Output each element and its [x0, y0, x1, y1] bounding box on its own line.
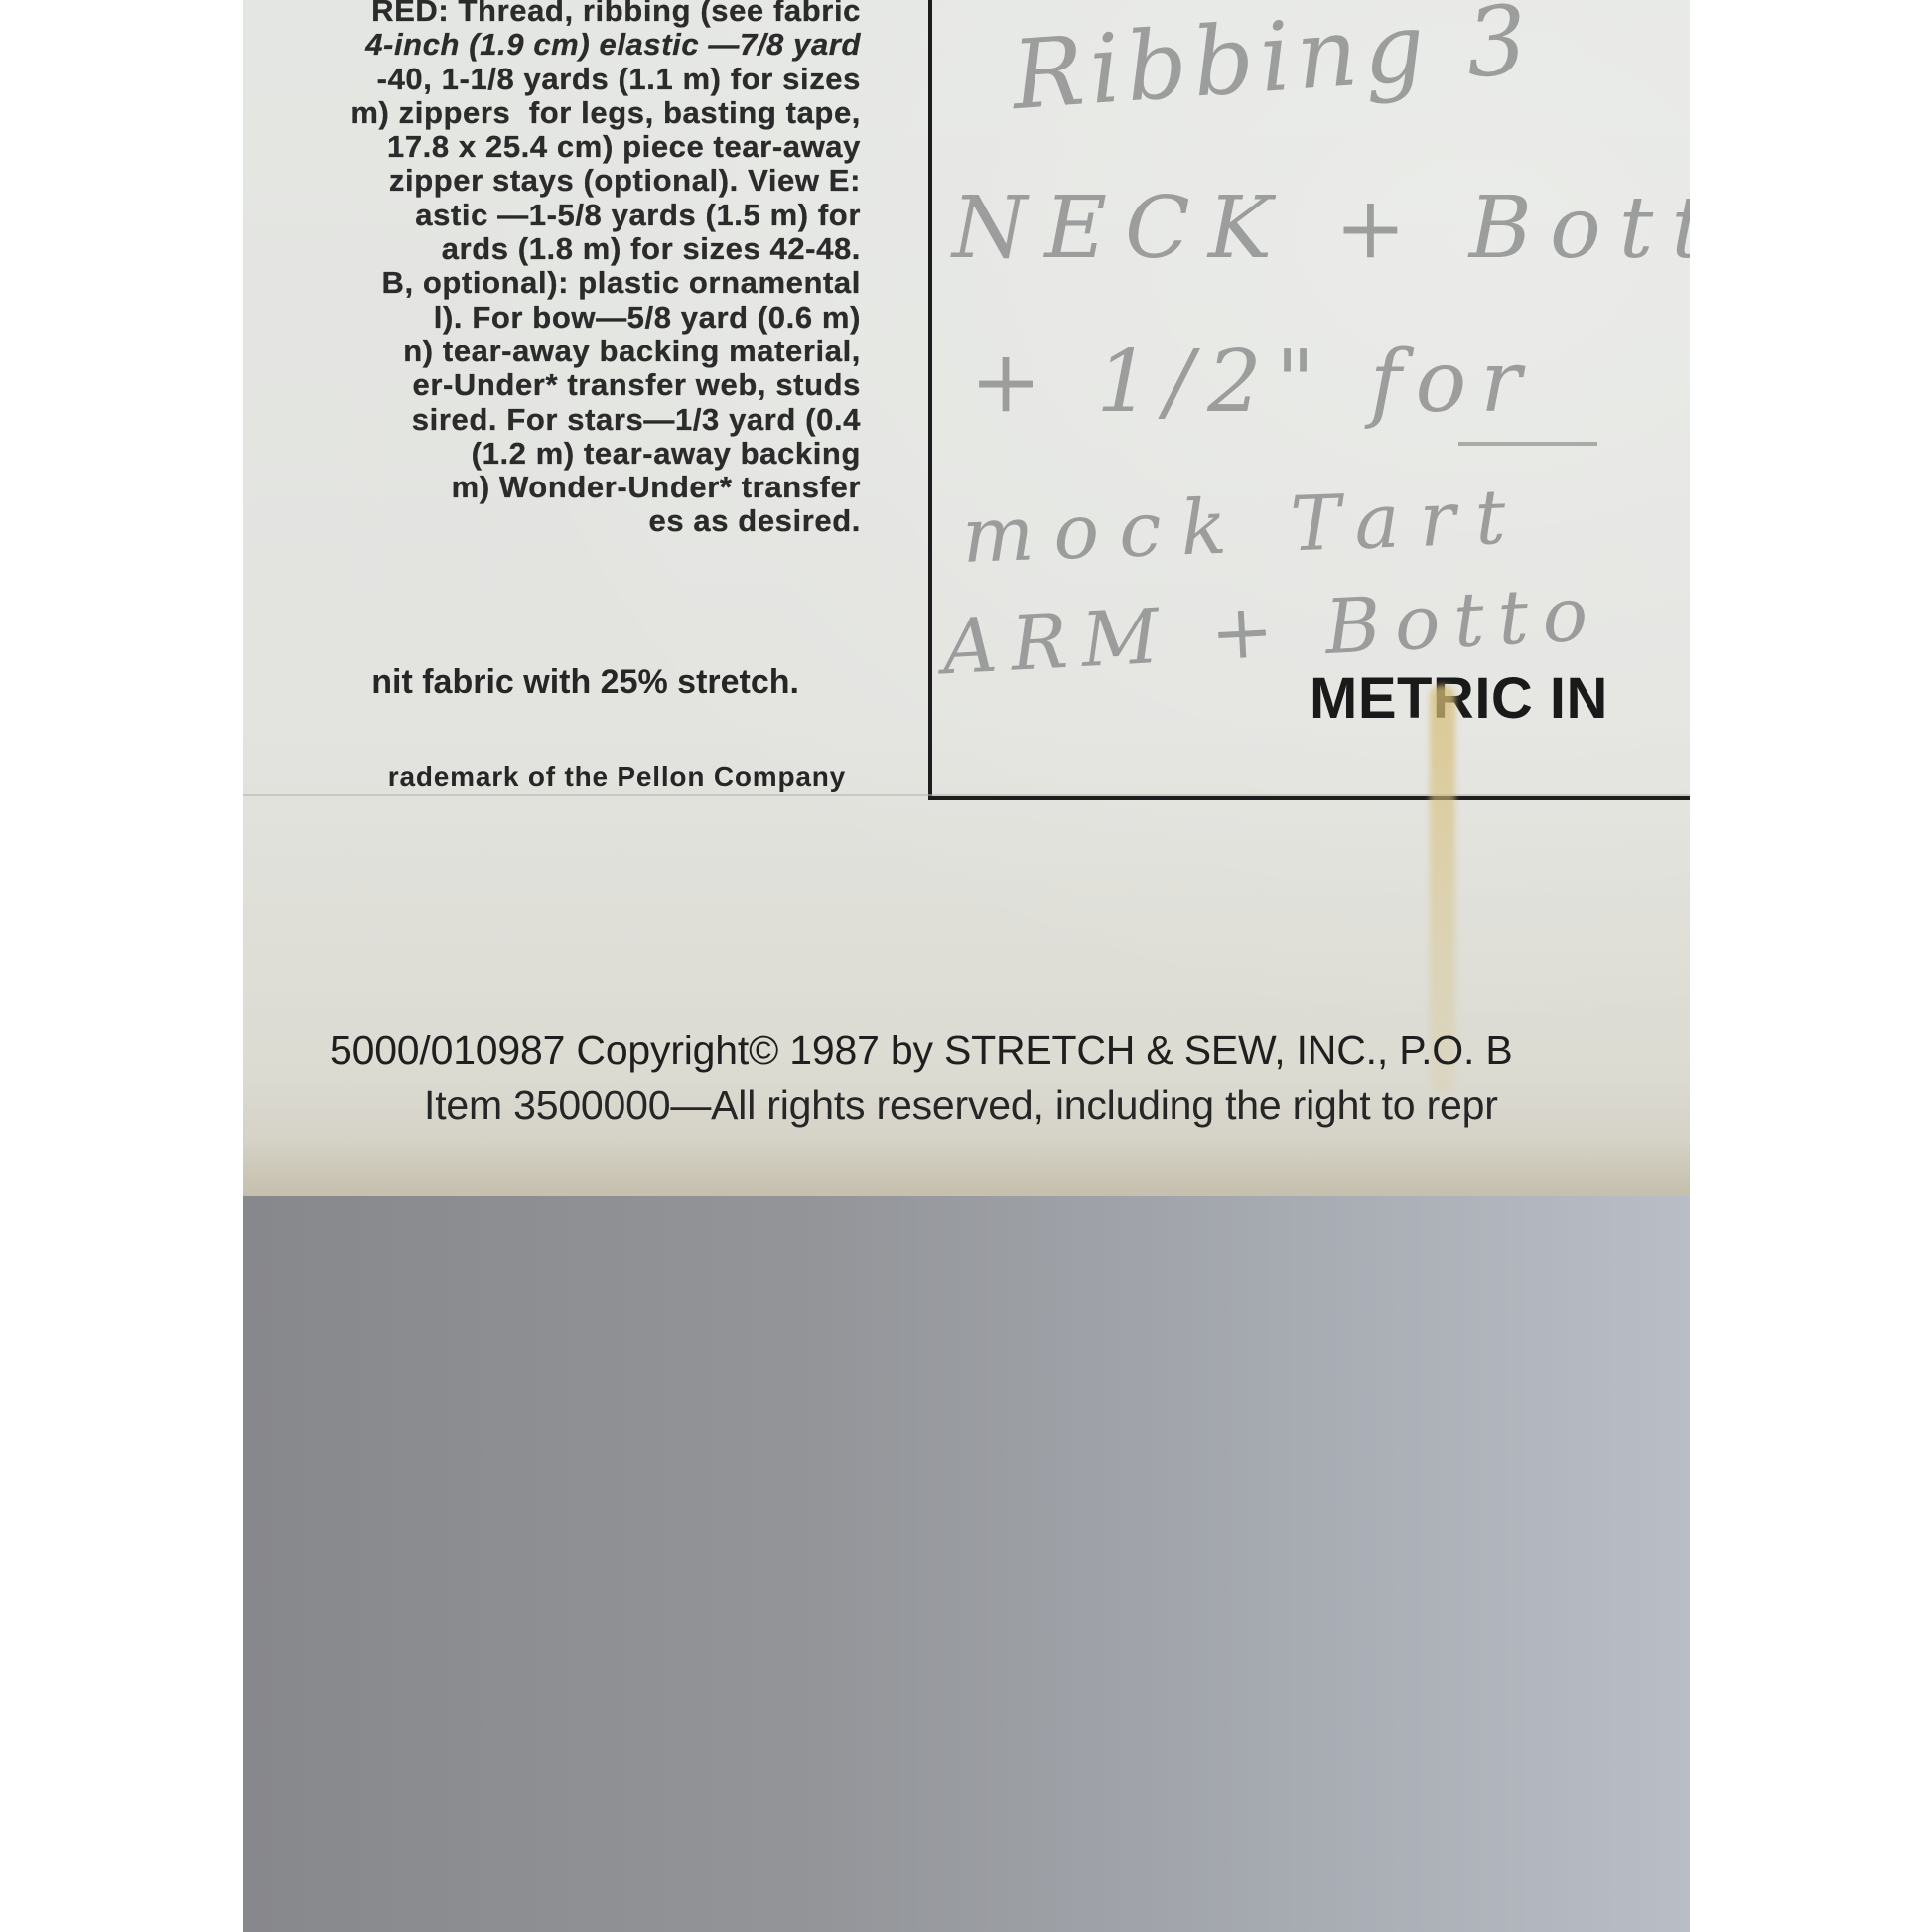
handwritten-line: mock Tart: [961, 472, 1527, 580]
knit-fabric-note-text: nit fabric with 25% stretch.: [371, 663, 799, 701]
spec-line: -40, 1-1/8 yards (1.1 m) for sizes: [243, 63, 861, 96]
spec-line: l). For bow—5/8 yard (0.6 m): [243, 301, 861, 335]
rights-line: Item 3500000—All rights reserved, includ…: [424, 1082, 1498, 1129]
spec-line: 17.8 x 25.4 cm) piece tear-away: [243, 130, 861, 164]
handwritten-line: NECK + Bott: [952, 179, 1690, 278]
paper-sheet: RED: Thread, ribbing (see fabric4-inch (…: [243, 0, 1690, 1196]
pencil-underline: [1458, 442, 1597, 446]
table-surface: [243, 1196, 1690, 1932]
spec-line: m) zippers for legs, basting tape,: [243, 96, 861, 130]
spec-line: B, optional): plastic ornamental: [243, 266, 861, 300]
trademark-note: rademark of the Pellon Company: [243, 761, 846, 793]
paper-bottom-edge: [243, 1142, 1690, 1196]
spec-line: RED: Thread, ribbing (see fabric: [243, 0, 861, 28]
spec-line: (1.2 m) tear-away backing: [243, 437, 861, 471]
knit-fabric-note: nit fabric with 25% stretch.: [243, 663, 799, 702]
spec-line: zipper stays (optional). View E:: [243, 164, 861, 198]
spec-line: m) Wonder-Under* transfer: [243, 471, 861, 504]
copyright-line: 5000/010987 Copyright© 1987 by STRETCH &…: [330, 1028, 1512, 1074]
fold-crease: [243, 794, 1690, 796]
handwritten-line: Ribbing 3: [1009, 0, 1537, 131]
spec-line: es as desired.: [243, 504, 861, 538]
pattern-envelope-photo: RED: Thread, ribbing (see fabric4-inch (…: [243, 0, 1690, 1932]
metric-heading: METRIC IN: [1310, 665, 1608, 732]
spec-line: astic —1-5/8 yards (1.5 m) for: [243, 199, 861, 232]
handwritten-line: + 1/2" for: [970, 333, 1535, 432]
notions-spec-text: RED: Thread, ribbing (see fabric4-inch (…: [243, 0, 861, 539]
trademark-note-text: rademark of the Pellon Company: [388, 761, 846, 792]
spec-line: 4-inch (1.9 cm) elastic —7/8 yard: [243, 28, 861, 62]
spec-line: ards (1.8 m) for sizes 42-48.: [243, 232, 861, 266]
handwritten-notes-box: Ribbing 3 NECK + Bott + 1/2" for mock Ta…: [928, 0, 1690, 800]
spec-line: sired. For stars—1/3 yard (0.4: [243, 403, 861, 437]
spec-line: er-Under* transfer web, studs: [243, 368, 861, 402]
spec-line: n) tear-away backing material,: [243, 335, 861, 368]
